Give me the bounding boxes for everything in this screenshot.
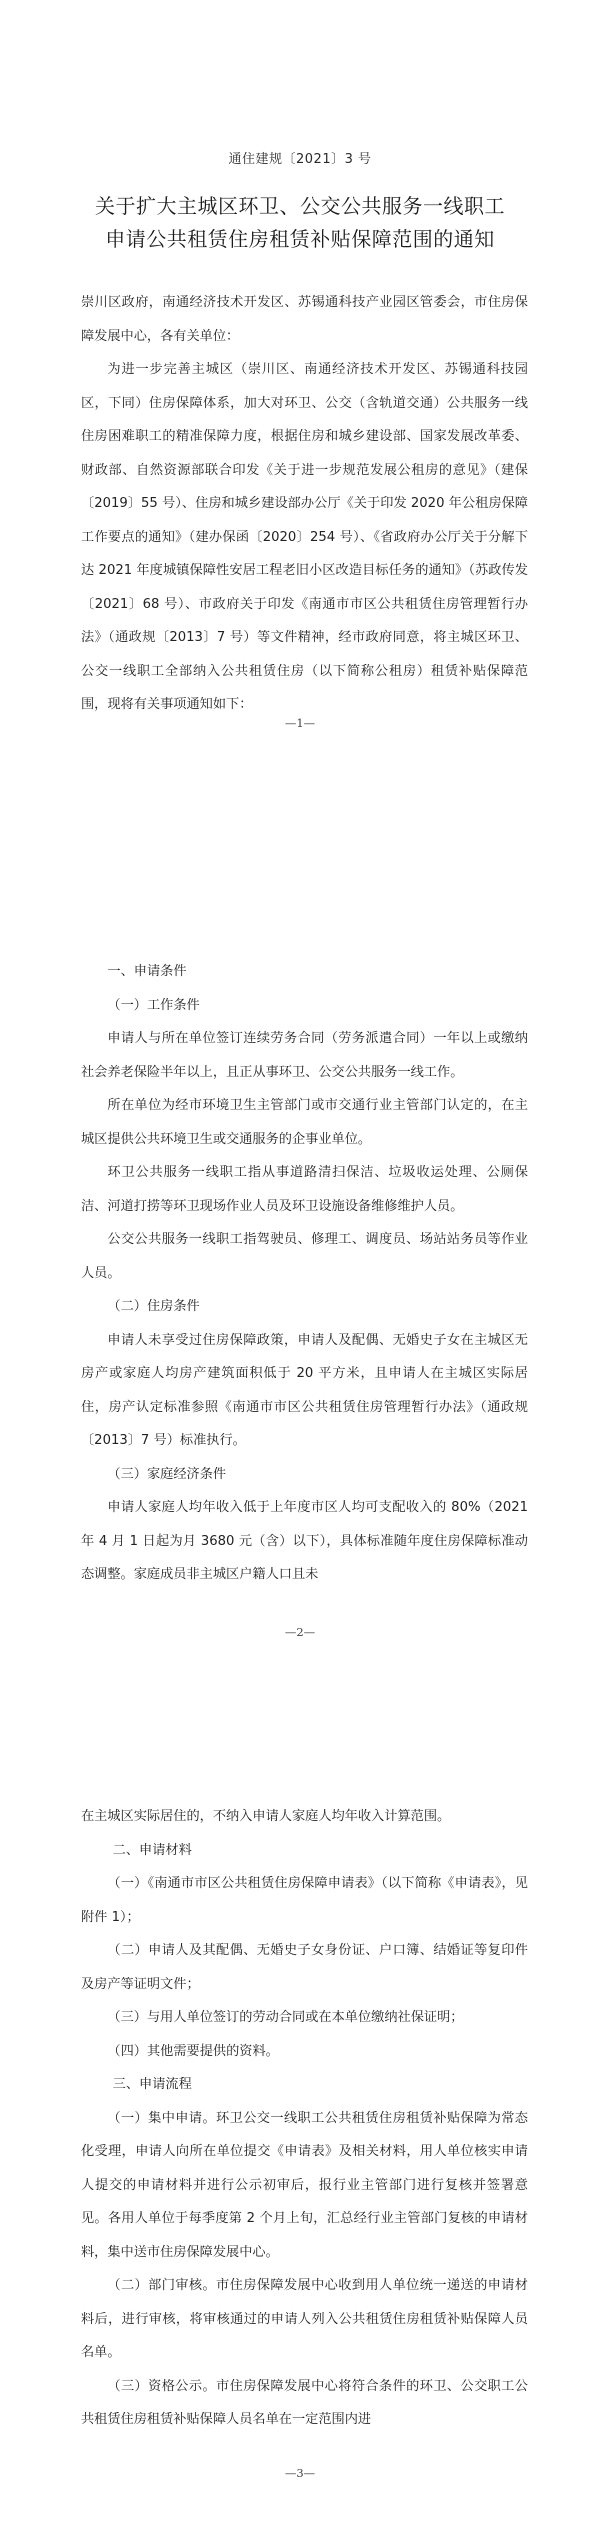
page-2-body: 一、申请条件 （一）工作条件 申请人与所在单位签订连续劳务合同（劳务派遣合同）一… [81,955,528,1592]
material-item-3: （三）与用人单位签订的劳动合同或在本单位缴纳社保证明； [81,2001,528,2035]
title-line-1: 关于扩大主城区环卫、公交公共服务一线职工 [0,190,600,223]
section-1-heading: 一、申请条件 [81,955,528,989]
document-title: 关于扩大主城区环卫、公交公共服务一线职工 申请公共租赁住房租赁补贴保障范围的通知 [0,190,600,256]
page-number-2: —2— [0,1625,600,1639]
addressee: 崇川区政府，南通经济技术开发区、苏锡通科技产业园区管委会，市住房保障发展中心，各… [81,286,528,353]
section-2-heading: 二、申请材料 [81,1834,528,1868]
subsection-housing-conditions-heading: （二）住房条件 [81,1290,528,1324]
material-item-4: （四）其他需要提供的资料。 [81,2035,528,2069]
paragraph: 申请人与所在单位签订连续劳务合同（劳务派遣合同）一年以上或缴纳社会养老保险半年以… [81,1022,528,1089]
section-3-heading: 三、申请流程 [81,2068,528,2102]
page-3-body: 在主城区实际居住的，不纳入申请人家庭人均年收入计算范围。 二、申请材料 （一）《… [81,1800,528,2437]
material-item-2: （二）申请人及其配偶、无婚史子女身份证、户口簿、结婚证等复印件及房产等证明文件； [81,1934,528,2001]
procedure-item-3: （三）资格公示。市住房保障发展中心将符合条件的环卫、公交职工公共租赁住房租赁补贴… [81,2370,528,2437]
page-1-body: 崇川区政府，南通经济技术开发区、苏锡通科技产业园区管委会，市住房保障发展中心，各… [81,286,528,722]
paragraph: 所在单位为经市环境卫生主管部门或市交通行业主管部门认定的，在主城区提供公共环境卫… [81,1089,528,1156]
title-line-2: 申请公共租赁住房租赁补贴保障范围的通知 [0,223,600,256]
document-number: 通住建规〔2021〕3 号 [0,148,600,167]
paragraph: 申请人家庭人均年收入低于上年度市区人均可支配收入的 80%（2021 年 4 月… [81,1491,528,1592]
procedure-item-2: （二）部门审核。市住房保障发展中心收到用人单位统一递送的申请材料后，进行审核，将… [81,2269,528,2370]
continuation-paragraph: 在主城区实际居住的，不纳入申请人家庭人均年收入计算范围。 [81,1800,528,1834]
procedure-item-1: （一）集中申请。环卫公交一线职工公共租赁住房租赁补贴保障为常态化受理，申请人向所… [81,2102,528,2270]
page-number-3: —3— [0,2466,600,2480]
paragraph: 公交公共服务一线职工指驾驶员、修理工、调度员、场站站务员等作业人员。 [81,1223,528,1290]
page-number-1: —1— [0,716,600,730]
paragraph: 申请人未享受过住房保障政策，申请人及配偶、无婚史子女在主城区无房产或家庭人均房产… [81,1324,528,1458]
subsection-economic-conditions-heading: （三）家庭经济条件 [81,1458,528,1492]
material-item-1: （一）《南通市市区公共租赁住房保障申请表》（以下简称《申请表》，见附件 1）； [81,1867,528,1934]
subsection-work-conditions-heading: （一）工作条件 [81,989,528,1023]
intro-paragraph: 为进一步完善主城区（崇川区、南通经济技术开发区、苏锡通科技园区，下同）住房保障体… [81,353,528,722]
paragraph: 环卫公共服务一线职工指从事道路清扫保洁、垃圾收运处理、公厕保洁、河道打捞等环卫现… [81,1156,528,1223]
